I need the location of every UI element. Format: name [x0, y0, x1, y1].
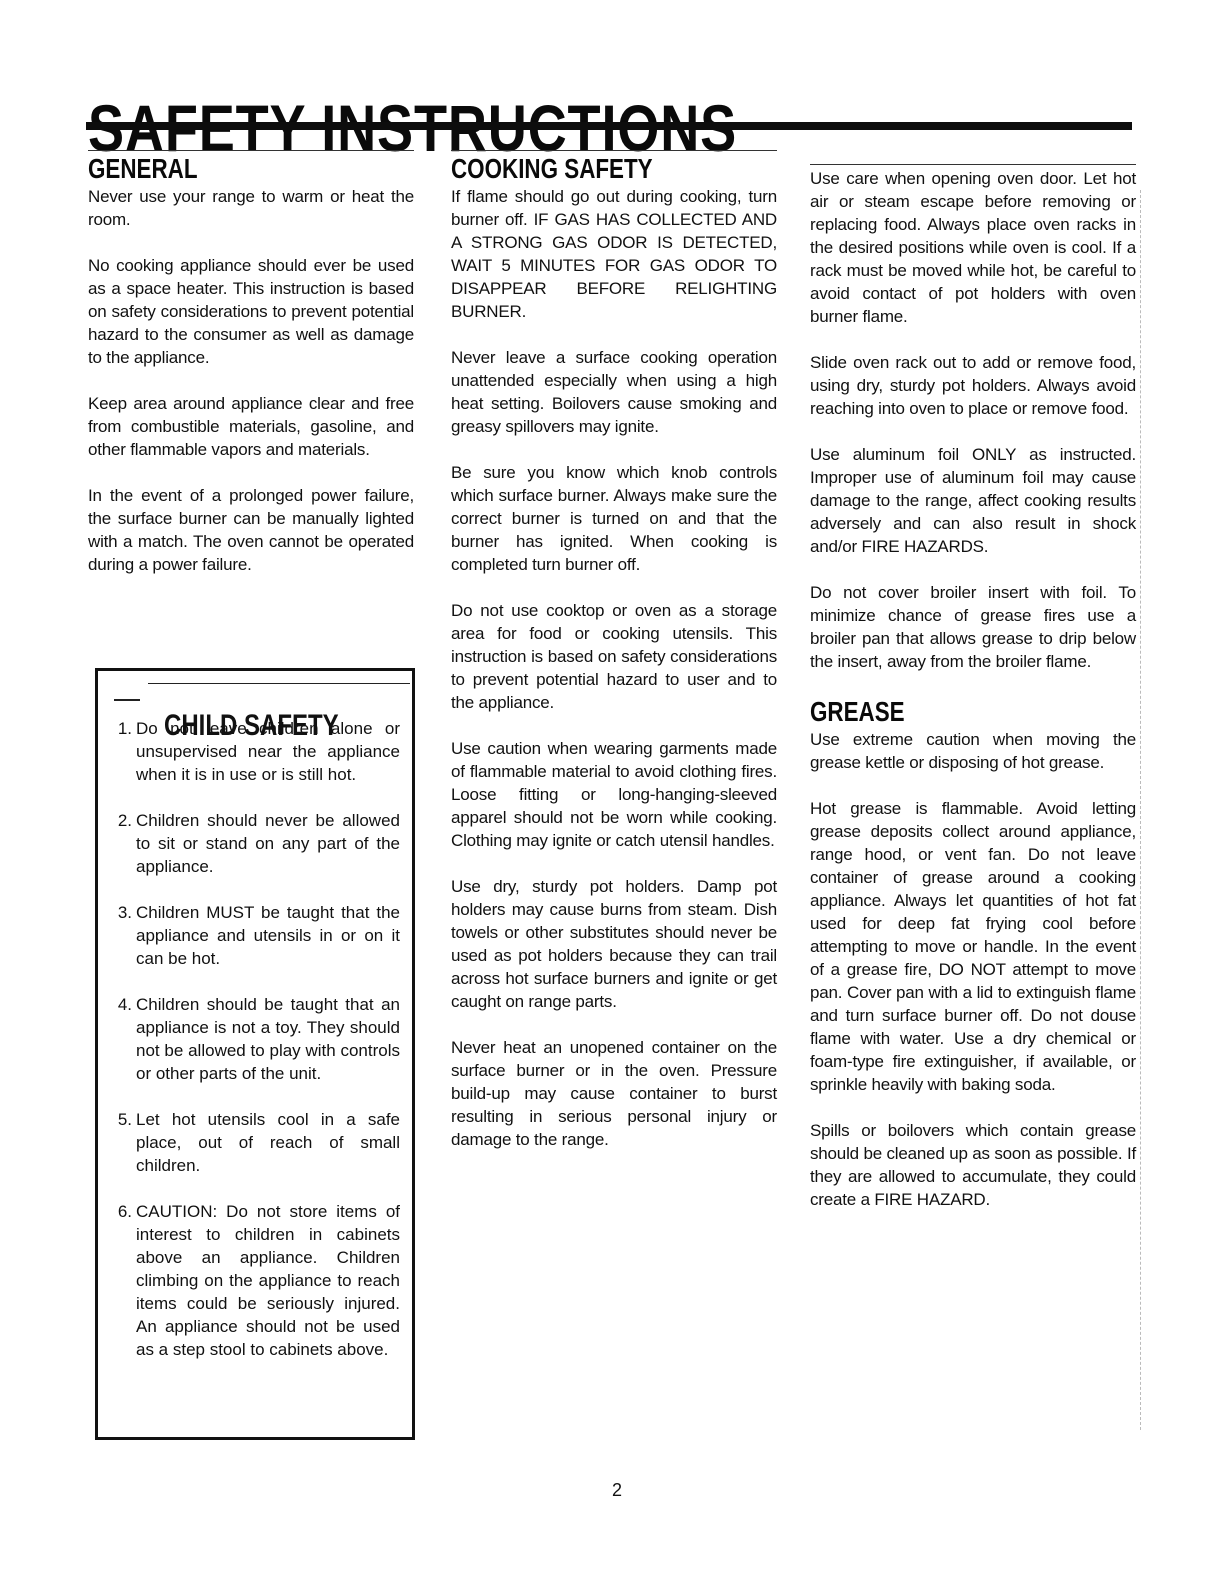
item-text: Let hot utensils cool in a safe place, o…: [136, 1108, 400, 1177]
item-number: 2.: [106, 809, 136, 878]
cooking-paragraph: If flame should go out during cooking, t…: [451, 185, 777, 323]
cooking-safety-column: COOKING SAFETY If flame should go out du…: [451, 150, 777, 1174]
item-text: CAUTION: Do not store items of interest …: [136, 1200, 400, 1361]
cooking-paragraph: Use caution when wearing garments made o…: [451, 737, 777, 852]
item-number: 5.: [106, 1108, 136, 1177]
section-rule: [88, 150, 414, 151]
cooking-paragraph: Do not use cooktop or oven as a storage …: [451, 599, 777, 714]
heading-rule: [148, 683, 410, 684]
general-paragraph: Keep area around appliance clear and fre…: [88, 392, 414, 461]
page-number: 2: [612, 1480, 622, 1501]
oven-paragraph: Use aluminum foil ONLY as instructed. Im…: [810, 443, 1136, 558]
item-number: 1.: [106, 717, 136, 786]
item-number: 3.: [106, 901, 136, 970]
grease-heading: GREASE: [810, 696, 1071, 728]
list-item: 6. CAUTION: Do not store items of intere…: [106, 1200, 400, 1361]
item-number: 4.: [106, 993, 136, 1085]
general-heading: GENERAL: [88, 153, 349, 185]
general-column: GENERAL Never use your range to warm or …: [88, 150, 414, 599]
title-underline: [86, 122, 1132, 130]
oven-paragraph: Slide oven rack out to add or remove foo…: [810, 351, 1136, 420]
item-number: 6.: [106, 1200, 136, 1361]
item-text: Children should be taught that an applia…: [136, 993, 400, 1085]
margin-rule: [1140, 190, 1142, 1430]
list-item: 5. Let hot utensils cool in a safe place…: [106, 1108, 400, 1177]
cooking-paragraph: Never heat an unopened container on the …: [451, 1036, 777, 1151]
grease-paragraph: Hot grease is flammable. Avoid letting g…: [810, 797, 1136, 1096]
section-rule: [810, 164, 1136, 165]
item-text: Children MUST be taught that the applian…: [136, 901, 400, 970]
cooking-paragraph: Be sure you know which knob controls whi…: [451, 461, 777, 576]
oven-grease-column: Use care when opening oven door. Let hot…: [810, 150, 1136, 1234]
child-safety-heading-wrap: CHILD SAFETY: [106, 677, 400, 717]
oven-paragraph: Use care when opening oven door. Let hot…: [810, 167, 1136, 328]
list-item: 4. Children should be taught that an app…: [106, 993, 400, 1085]
general-paragraph: In the event of a prolonged power failur…: [88, 484, 414, 576]
grease-paragraph: Spills or boilovers which contain grease…: [810, 1119, 1136, 1211]
child-safety-list: 1. Do not leave children alone or unsupe…: [106, 717, 400, 1361]
oven-paragraph: Do not cover broiler insert with foil. T…: [810, 581, 1136, 673]
cooking-paragraph: Use dry, sturdy pot holders. Damp pot ho…: [451, 875, 777, 1013]
child-safety-box: CHILD SAFETY 1. Do not leave children al…: [95, 668, 415, 1440]
cooking-paragraph: Never leave a surface cooking operation …: [451, 346, 777, 438]
cooking-safety-heading: COOKING SAFETY: [451, 153, 712, 185]
item-text: Children should never be allowed to sit …: [136, 809, 400, 878]
child-safety-heading: CHILD SAFETY: [164, 710, 339, 742]
general-paragraph: Never use your range to warm or heat the…: [88, 185, 414, 231]
grease-paragraph: Use extreme caution when moving the grea…: [810, 728, 1136, 774]
section-rule: [451, 150, 777, 151]
heading-dash: [114, 699, 140, 701]
list-item: 3. Children MUST be taught that the appl…: [106, 901, 400, 970]
list-item: 2. Children should never be allowed to s…: [106, 809, 400, 878]
general-paragraph: No cooking appliance should ever be used…: [88, 254, 414, 369]
